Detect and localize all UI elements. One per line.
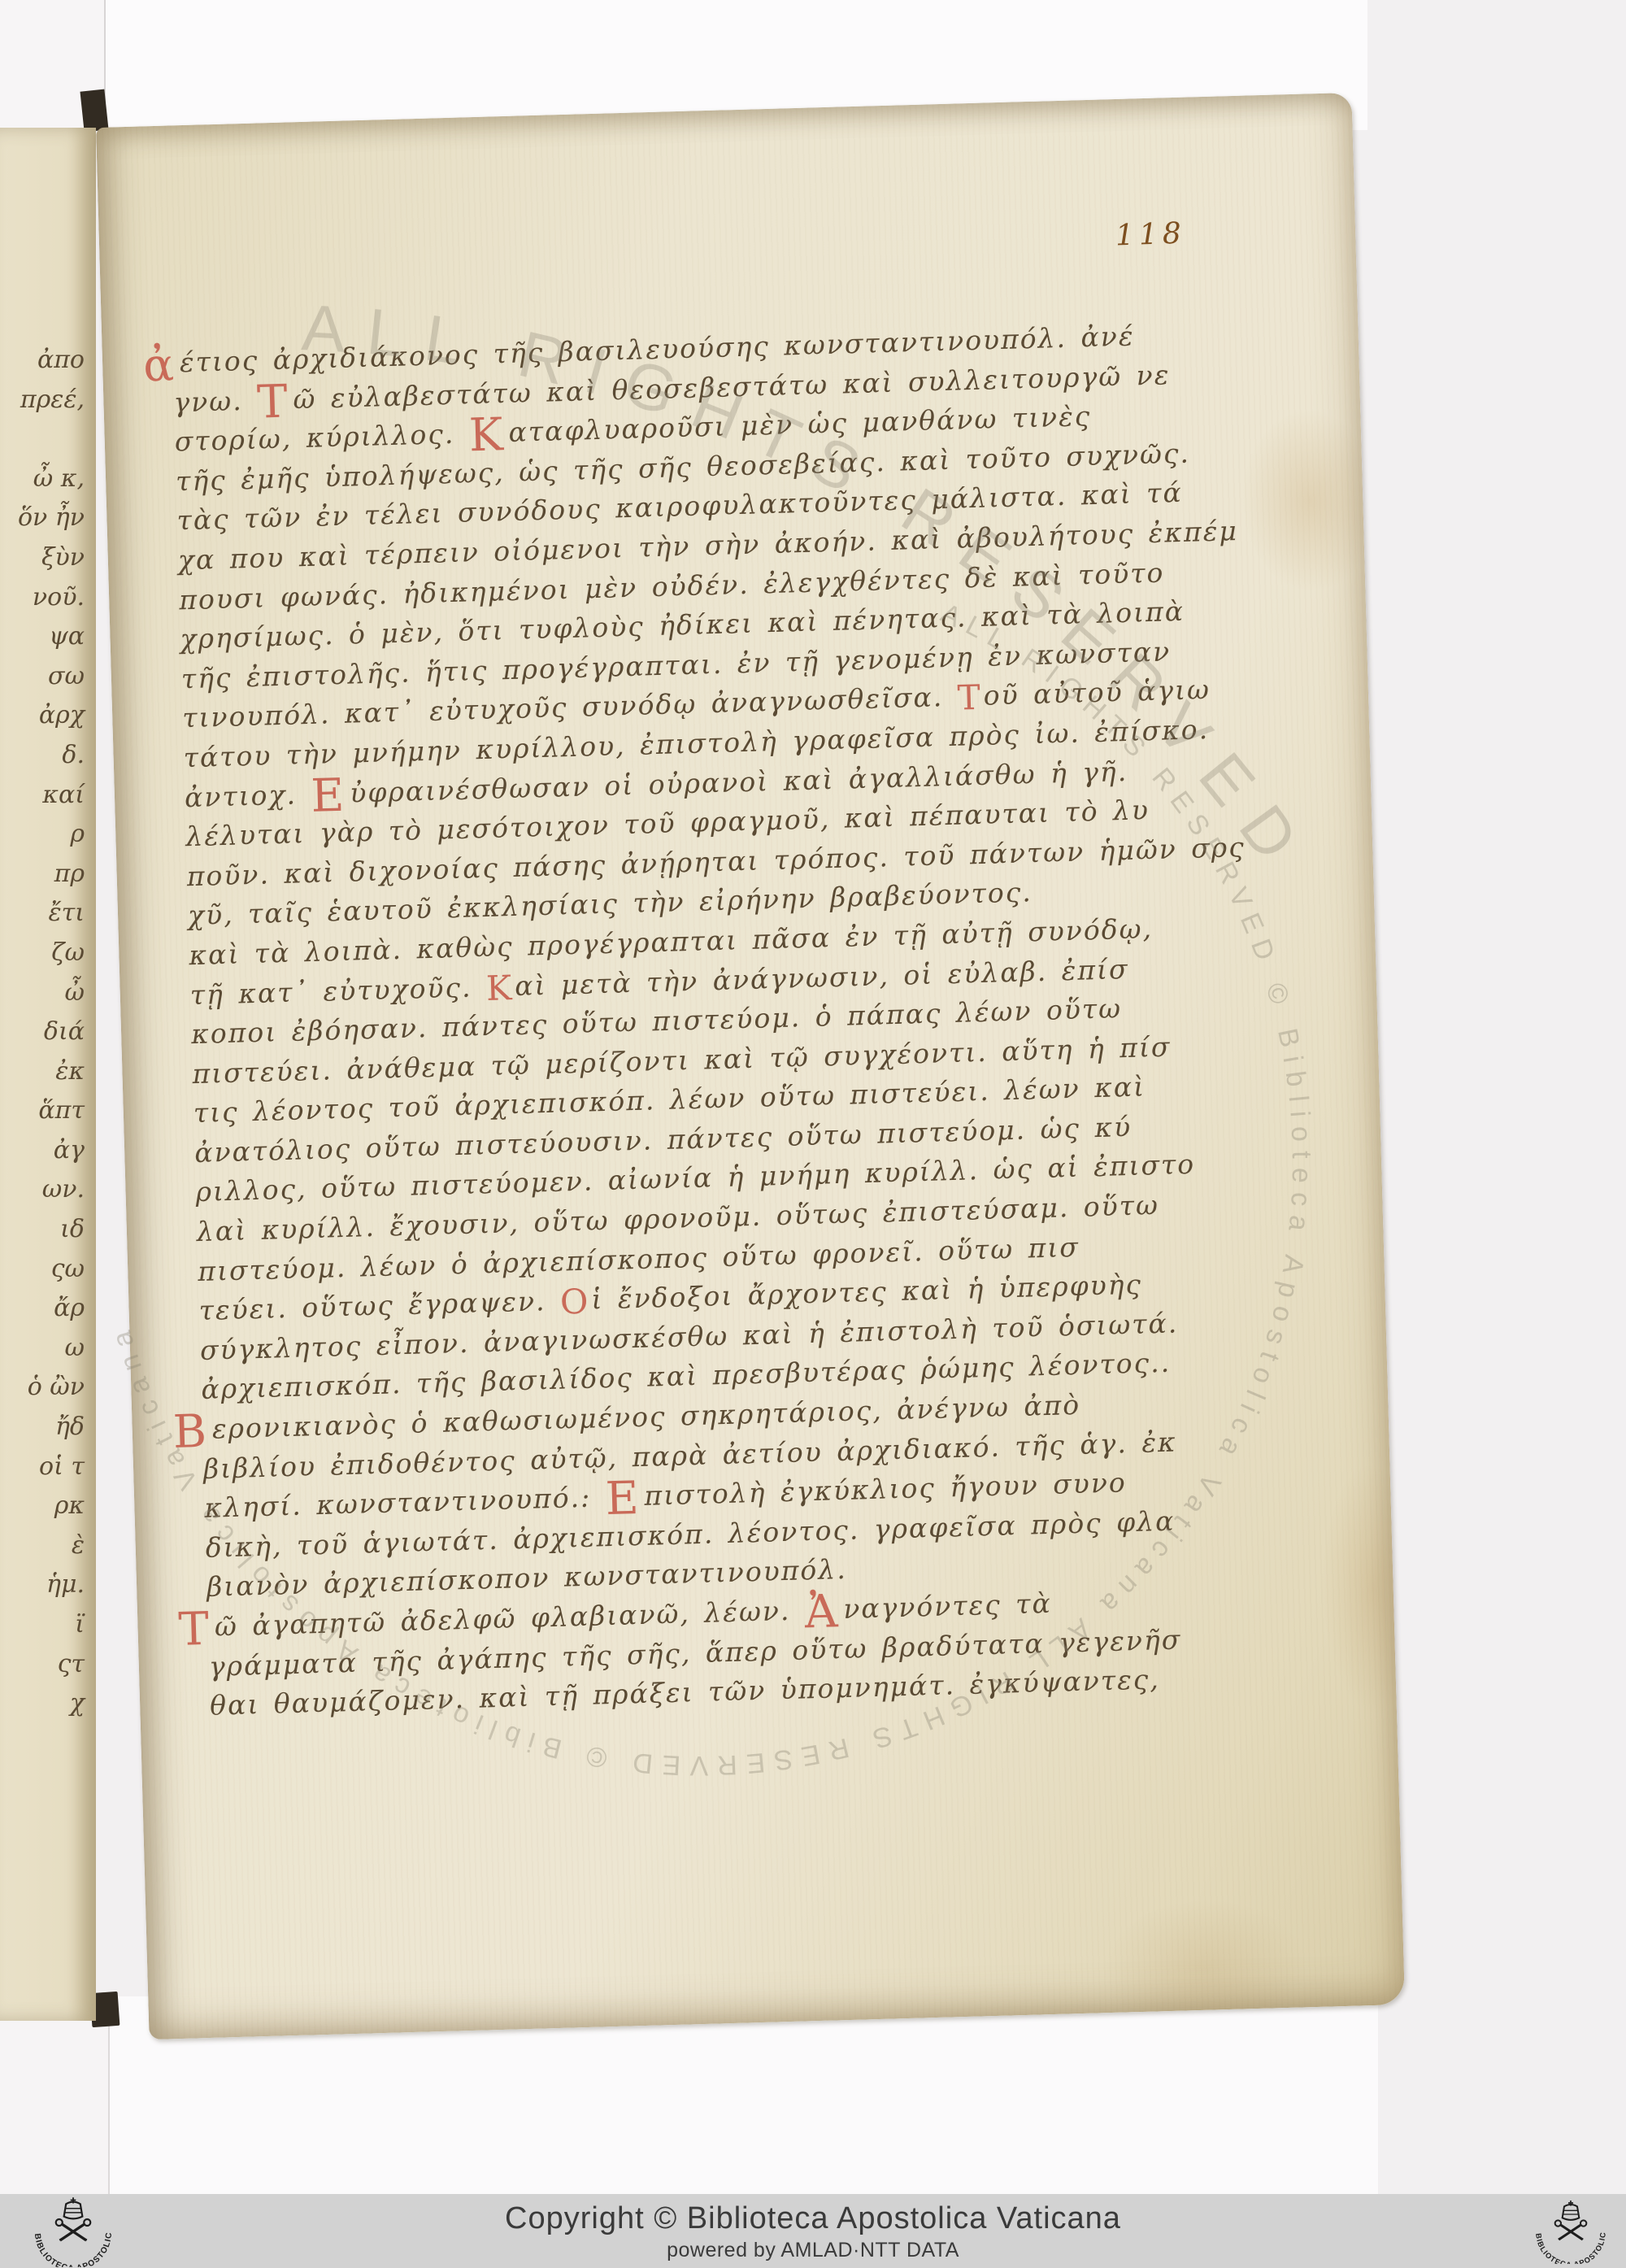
scan-backing-left-bottom [0,2017,108,2195]
facing-page-fragment: ϊ [0,1605,85,1645]
footer-powered-by: powered by AMLAD·NTT DATA [667,2238,959,2262]
facing-page-fragment: ξὺν [0,538,85,578]
facing-page-fragment: ἅπτ [0,1091,85,1131]
rubric-initial: Τ [257,402,289,403]
facing-page-fragment: ὦ κ, [0,459,85,499]
facing-page-fragment: ὅν ἦν [0,498,85,538]
facing-page-fragment: ω [0,1329,85,1369]
facing-page-fragment: ων. [0,1170,85,1210]
facing-page-fragment: ψα [0,617,85,657]
footer-bar: BIBLIOTECA APOSTOLICA VATICANA Copyright… [0,2194,1626,2268]
facing-page-fragment: ἀρχ [0,696,85,736]
facing-page-fragment: ἐκ [0,1052,85,1092]
manuscript-lines: ἀέτιος ἀρχιδιάκονος τῆς βασιλευούσης κων… [172,317,1169,1726]
rubric-initial: Τ [958,698,982,699]
rubric-initial: ἀ [143,365,176,366]
facing-page-fragment: ἡμ. [0,1565,85,1605]
ink-text: τῇ κατ᾽ εὐτυχοῦς. [189,971,486,1011]
facing-page-fragment: ζω [0,934,85,973]
facing-page-fragment: ιδ [0,1210,85,1250]
facing-page-fragment: δ. [0,736,85,776]
rubric-initial: Β [173,1432,208,1433]
facing-page-fragment: ἀπο [0,341,85,381]
facing-page-fragment: οἱ τ [0,1447,85,1487]
rubric-initial: Κ [486,988,513,989]
facing-page-fragment: ὁ ὢν [0,1368,85,1408]
facing-page-fragment: ρκ [0,1487,85,1526]
facing-page-fragment: ἔτι [0,894,85,934]
ink-text: γνω. [173,384,258,418]
rubric-initial: Τ [179,1630,211,1630]
ink-text: ναγνόντες τὰ [843,1587,1053,1625]
facing-page-fragment: ὲ [0,1526,85,1566]
digitized-manuscript-viewer: { "viewer": { "background_color": "#f2f0… [0,0,1626,2268]
footer-text-block: Copyright © Biblioteca Apostolica Vatica… [0,2194,1626,2268]
ink-text: τεύει. οὕτως ἔγραψεν. [198,1285,560,1326]
facing-page-fragment: ρ [0,815,85,855]
facing-page-fragment [0,420,85,459]
facing-page-fragment: ἀγ [0,1131,85,1171]
ink-text: κλησί. κωνσταντινουπό.: [204,1481,606,1524]
facing-page-fragment: ἄρ [0,1289,85,1329]
rubric-initial: Ε [311,795,346,796]
rubric-initial: Κ [469,435,505,436]
facing-page-fragment: ἤδ [0,1408,85,1447]
ink-text: οῦ αὐτοῦ ἁγιω [983,673,1211,712]
facing-page-fragment: νοῦ. [0,578,85,618]
facing-page-fragment: ςω [0,1250,85,1290]
rubric-initial: Ο [560,1302,589,1303]
ink-text: στορίω, κύριλλος. [174,418,469,458]
facing-page-fragment: διά [0,1012,85,1052]
facing-page-fragment: χ [0,1684,85,1724]
facing-page-fragment: πρ [0,855,85,895]
facing-page-fragment: ςτ [0,1645,85,1685]
ink-text: ἀντιοχ. [184,777,311,812]
rubric-initial: Ἀ [805,1612,839,1613]
facing-page-fragment: σω [0,657,85,697]
manuscript-page: ἀέτιος ἀρχιδιάκονος τῆς βασιλευούσης κων… [96,93,1405,2039]
facing-page-edge: ἀποπρεέ,ὦ κ,ὅν ἦνξὺννοῦ.ψασωἀρχδ.καίρπρἔ… [0,128,96,2021]
facing-page-fragment: ὦ [0,973,85,1013]
rubric-initial: Ε [606,1499,641,1500]
facing-page-fragment: πρεέ, [0,381,85,420]
facing-page-text-fragments: ἀποπρεέ,ὦ κ,ὅν ἦνξὺννοῦ.ψασωἀρχδ.καίρπρἔ… [0,341,85,1724]
binding-tab-top [80,89,108,133]
footer-copyright: Copyright © Biblioteca Apostolica Vatica… [505,2201,1121,2236]
folio-number: 118 [1115,216,1186,252]
facing-page-fragment: καί [0,776,85,816]
